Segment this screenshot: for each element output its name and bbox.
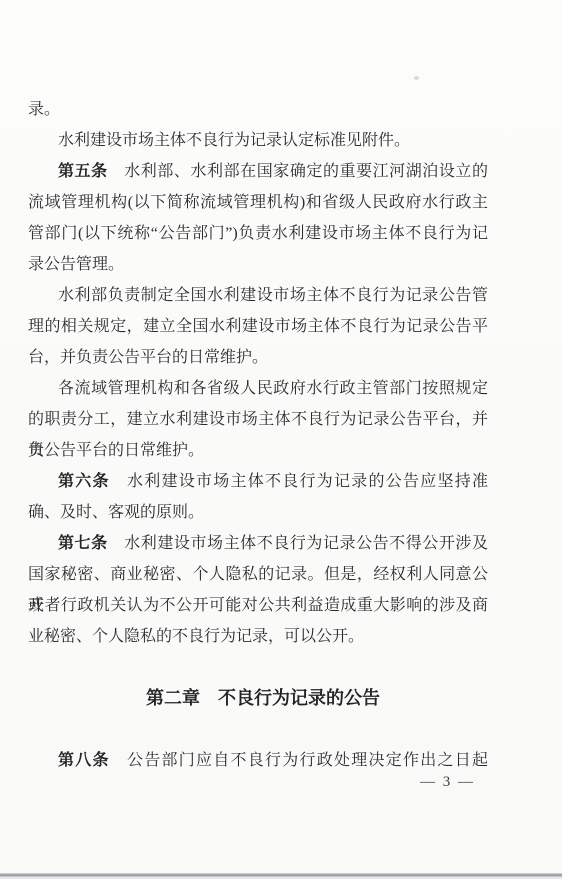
text-line: 业秘密、个人隐私的不良行为记录，可以公开。 (28, 621, 488, 652)
page-number: — 3 — (420, 772, 475, 792)
text-line: 录公告管理。 (28, 249, 488, 280)
blank-line (28, 714, 488, 745)
scan-speck-artifact (414, 76, 419, 80)
text-line: 或者行政机关认为不公开可能对公共利益造成重大影响的涉及商 (28, 590, 488, 621)
line-text: 水利建设市场主体不良行为记录的公告应坚持准 (127, 473, 488, 490)
text-line: 流域管理机构(以下简称流域管理机构)和省级人民政府水行政主 (28, 187, 488, 218)
chapter-number: 第二章 (146, 688, 200, 708)
line-text: 水利建设市场主体不良行为记录公告不得公开涉及 (124, 535, 488, 552)
article-line: 第五条 水利部、水利部在国家确定的重要江河湖泊设立的 (28, 156, 488, 187)
article-number: 第五条 (58, 163, 108, 180)
article-number: 第八条 (58, 752, 110, 769)
text-line: 理的相关规定，建立全国水利建设市场主体不良行为记录公告平 (28, 311, 488, 342)
text-line: 水利建设市场主体不良行为记录认定标准见附件。 (28, 125, 488, 156)
text-line: 的职责分工，建立水利建设市场主体不良行为记录公告平台，并负 (28, 404, 488, 435)
text-line: 确、及时、客观的原则。 (28, 497, 488, 528)
line-text: 公告部门应自不良行为行政处理决定作出之日起 (127, 752, 488, 769)
text-line: 录。 (28, 94, 488, 125)
article-line: 第七条 水利建设市场主体不良行为记录公告不得公开涉及 (28, 528, 488, 559)
document-text-block: 录。水利建设市场主体不良行为记录认定标准见附件。第五条 水利部、水利部在国家确定… (28, 94, 488, 776)
text-line: 水利部负责制定全国水利建设市场主体不良行为记录公告管 (28, 280, 488, 311)
line-text: 水利部、水利部在国家确定的重要江河湖泊设立的 (124, 163, 488, 180)
line-text: 不良行为记录的公告 (218, 688, 380, 708)
scan-edge-artifact (0, 871, 562, 879)
text-line: 国家秘密、商业秘密、个人隐私的记录。但是，经权利人同意公开 (28, 559, 488, 590)
article-line: 第八条 公告部门应自不良行为行政处理决定作出之日起 (28, 745, 488, 776)
article-number: 第七条 (58, 535, 108, 552)
text-line: 台，并负责公告平台的日常维护。 (28, 342, 488, 373)
document-page: 录。水利建设市场主体不良行为记录认定标准见附件。第五条 水利部、水利部在国家确定… (0, 0, 562, 879)
article-line: 第六条 水利建设市场主体不良行为记录的公告应坚持准 (28, 466, 488, 497)
text-line: 责公告平台的日常维护。 (28, 435, 488, 466)
article-number: 第六条 (58, 473, 110, 490)
chapter-heading: 第二章 不良行为记录的公告 (28, 683, 488, 714)
blank-line (28, 652, 488, 683)
text-line: 各流域管理机构和各省级人民政府水行政主管部门按照规定 (28, 373, 488, 404)
text-line: 管部门(以下统称“公告部门”)负责水利建设市场主体不良行为记 (28, 218, 488, 249)
